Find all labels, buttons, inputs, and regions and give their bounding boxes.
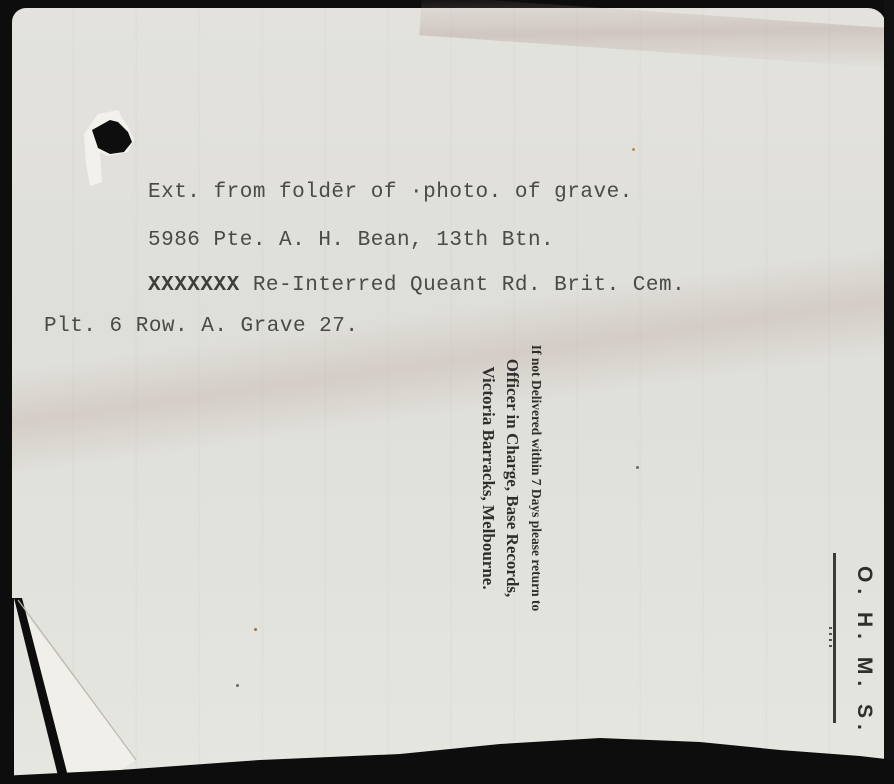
foxing-spot xyxy=(254,628,257,631)
ink-speck xyxy=(236,684,239,687)
record-card xyxy=(12,8,886,784)
scan-border-right xyxy=(884,0,894,784)
typed-line-soldier: 5986 Pte. A. H. Bean, 13th Btn. xyxy=(148,229,554,252)
reinterment-text: Re-Interred Queant Rd. Brit. Cem. xyxy=(240,274,685,297)
punched-hole xyxy=(78,104,138,190)
ink-speck xyxy=(636,466,639,469)
stamp-line-barracks: Victoria Barracks, Melbourne. xyxy=(476,318,500,638)
ohms-franking: O. H. M. S. xyxy=(852,566,876,736)
stamp-line-officer: Officer in Charge, Base Records, xyxy=(500,318,524,638)
franking-rule xyxy=(833,553,836,723)
struck-out-text: XXXXXXX xyxy=(148,274,240,297)
torn-bottom-edge xyxy=(0,720,894,784)
foxing-spot xyxy=(632,148,635,151)
typed-line-grave-location: Plt. 6 Row. A. Grave 27. xyxy=(44,315,358,338)
return-address-stamp: If not Delivered within 7 Days please re… xyxy=(476,318,548,638)
typed-line-reinterment: XXXXXXX Re-Interred Queant Rd. Brit. Cem… xyxy=(148,274,685,297)
stamp-line-return-notice: If not Delivered within 7 Days please re… xyxy=(524,318,548,638)
typed-line-extract-note: Ext. from foldēr of ·photo. of grave. xyxy=(148,181,633,204)
franking-dots xyxy=(829,627,832,651)
